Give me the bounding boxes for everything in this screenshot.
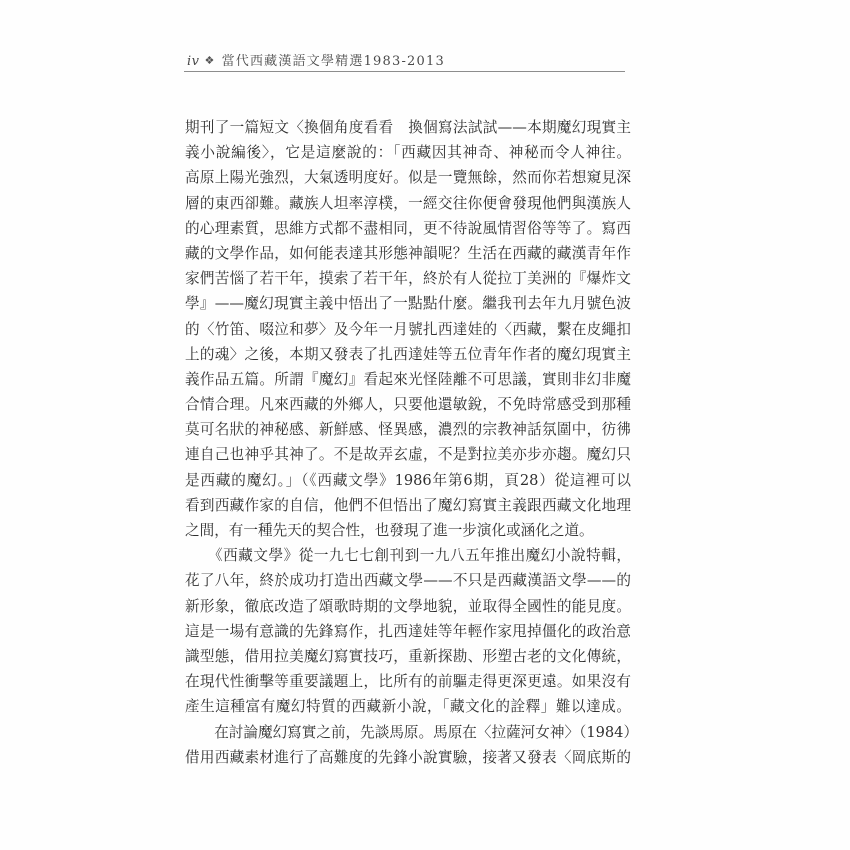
text-line: 借用西藏素材進行了高難度的先鋒小說實驗，接著又發表〈岡底斯的 xyxy=(185,745,631,770)
book-title: 當代西藏漢語文學精選1983-2013 xyxy=(222,54,445,69)
text-line: 期刊了一篇短文〈換個角度看看 換個寫法試試——本期魔幻現實主 xyxy=(185,115,631,140)
header-rule xyxy=(184,71,625,72)
text-line: 藏的文學作品，如何能表達其形態神韻呢？生活在西藏的藏漢青年作 xyxy=(185,241,631,266)
text-line: 新形象，徹底改造了頌歌時期的文學地貌，並取得全國性的能見度。 xyxy=(185,594,631,619)
text-line: 之間，有一種先天的契合性，也發現了進一步演化或涵化之道。 xyxy=(185,518,631,543)
page-body-text: 期刊了一篇短文〈換個角度看看 換個寫法試試——本期魔幻現實主 義小說編後〉，它是… xyxy=(185,115,631,770)
text-line: 在討論魔幻寫實之前，先談馬原。馬原在〈拉薩河女神〉（1984） xyxy=(185,720,631,745)
text-line: 這是一場有意識的先鋒寫作，扎西達娃等年輕作家甩掉僵化的政治意 xyxy=(185,619,631,644)
text-line: 連自己也神乎其神了。不是故弄玄虛，不是對拉美亦步亦趨。魔幻只 xyxy=(185,442,631,467)
text-line: 看到西藏作家的自信，他們不但悟出了魔幻寫實主義跟西藏文化地理 xyxy=(185,493,631,518)
text-line: 合情合理。凡來西藏的外鄉人，只要他還敏銳，不免時常感受到那種 xyxy=(185,392,631,417)
text-line: 學』——魔幻現實主義中悟出了一點點什麼。繼我刊去年九月號色波 xyxy=(185,291,631,316)
text-line: 《西藏文學》從一九七七創刊到一九八五年推出魔幻小說特輯， xyxy=(185,543,631,568)
text-line: 層的東西卻難。藏族人坦率淳樸，一經交往你便會發現他們與漢族人 xyxy=(185,191,631,216)
book-page: iv❖當代西藏漢語文學精選1983-2013 期刊了一篇短文〈換個角度看看 換個… xyxy=(0,0,850,850)
running-header: iv❖當代西藏漢語文學精選1983-2013 xyxy=(187,50,445,69)
text-line: 義作品五篇。所謂『魔幻』看起來光怪陸離不可思議，實則非幻非魔 xyxy=(185,367,631,392)
text-line: 花了八年，終於成功打造出西藏文學——不只是西藏漢語文學——的 xyxy=(185,568,631,593)
page-number: iv xyxy=(187,54,200,69)
text-line: 莫可名狀的神秘感、新鮮感、怪異感，濃烈的宗教神話氛圍中，彷彿 xyxy=(185,417,631,442)
text-line: 是西藏的魔幻。」（《西藏文學》1986年第6期，頁28）從這裡可以 xyxy=(185,468,631,493)
text-line: 上的魂〉之後，本期又發表了扎西達娃等五位青年作者的魔幻現實主 xyxy=(185,342,631,367)
text-line: 產生這種富有魔幻特質的西藏新小說，「藏文化的詮釋」難以達成。 xyxy=(185,694,631,719)
text-line: 的〈竹笛、啜泣和夢〉及今年一月號扎西達娃的〈西藏，繫在皮繩扣 xyxy=(185,317,631,342)
text-line: 高原上陽光強烈，大氣透明度好。似是一覽無餘，然而你若想窺見深 xyxy=(185,165,631,190)
text-line: 家們苦惱了若干年，摸索了若干年，終於有人從拉丁美洲的『爆炸文 xyxy=(185,266,631,291)
text-line: 識型態，借用拉美魔幻寫實技巧，重新探勘、形塑古老的文化傳統， xyxy=(185,644,631,669)
text-line: 義小說編後〉，它是這麼說的：「西藏因其神奇、神秘而令人神往。 xyxy=(185,140,631,165)
text-line: 在現代性衝擊等重要議題上，比所有的前驅走得更深更遠。如果沒有 xyxy=(185,669,631,694)
diamond-ornament-icon: ❖ xyxy=(205,54,216,67)
text-line: 的心理素質，思維方式都不盡相同，更不待說風情習俗等等了。寫西 xyxy=(185,216,631,241)
